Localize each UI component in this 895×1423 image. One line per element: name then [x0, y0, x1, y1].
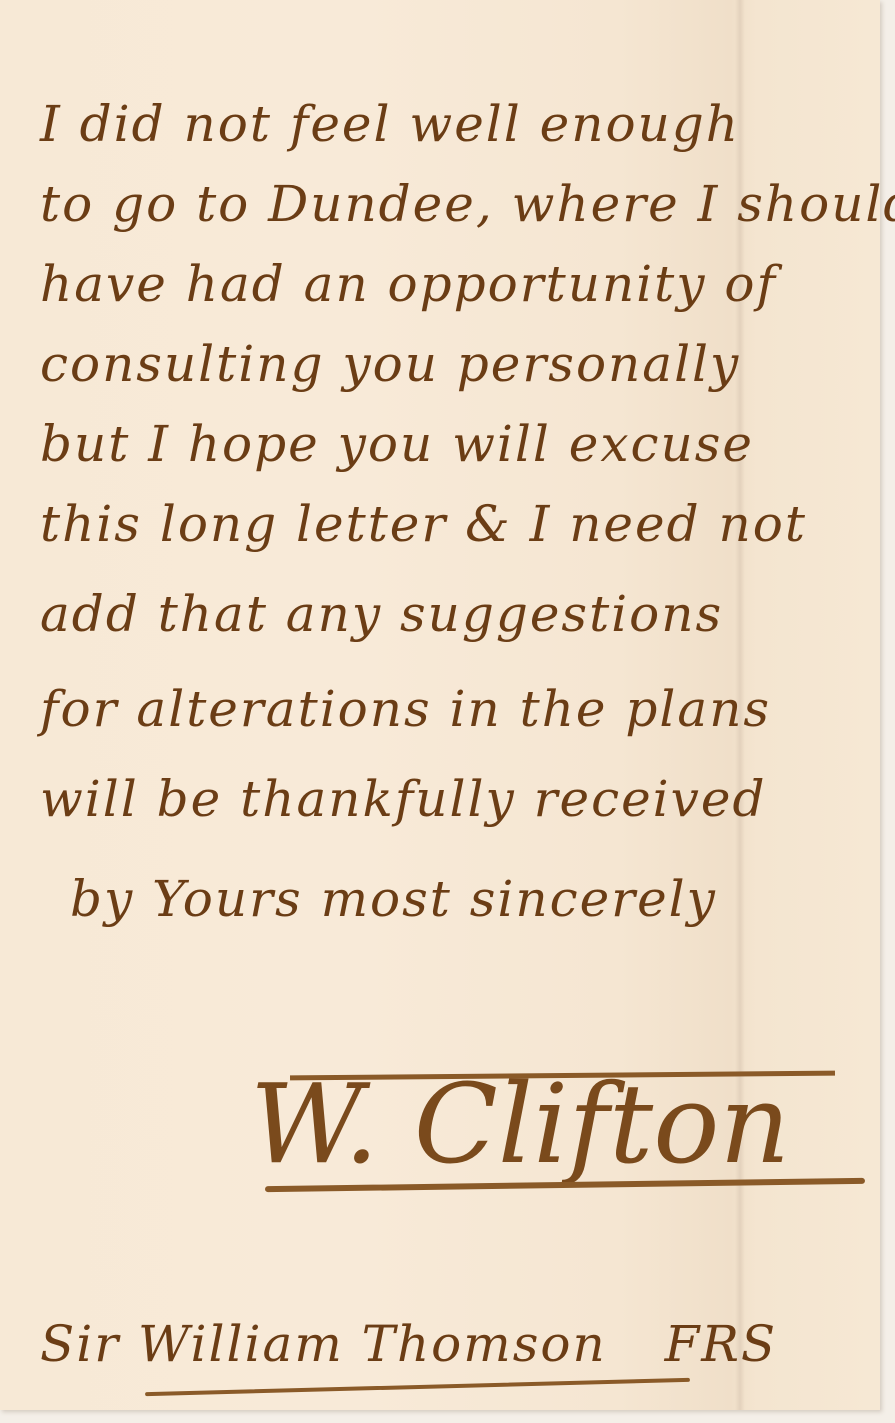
letter-line: consulting you personally: [40, 335, 740, 393]
addressee-underline: [145, 1378, 690, 1396]
addressee: Sir William Thomson FRS: [40, 1315, 777, 1373]
letter-line: will be thankfully received: [40, 770, 767, 828]
letter-line: have had an opportunity of: [40, 255, 777, 313]
addressee-name: Sir William Thomson: [40, 1315, 607, 1373]
letter-line: I did not feel well enough: [40, 95, 740, 153]
letter-line: this long letter & I need not: [40, 495, 807, 553]
addressee-suffix: FRS: [665, 1315, 778, 1373]
letter-line: to go to Dundee, where I should: [40, 175, 895, 233]
letter-line: for alterations in the plans: [40, 680, 771, 738]
letter-page: I did not feel well enough to go to Dund…: [0, 0, 880, 1410]
letter-line: but I hope you will excuse: [40, 415, 754, 473]
letter-closing: by Yours most sincerely: [70, 870, 717, 928]
letter-line: add that any suggestions: [40, 585, 723, 643]
